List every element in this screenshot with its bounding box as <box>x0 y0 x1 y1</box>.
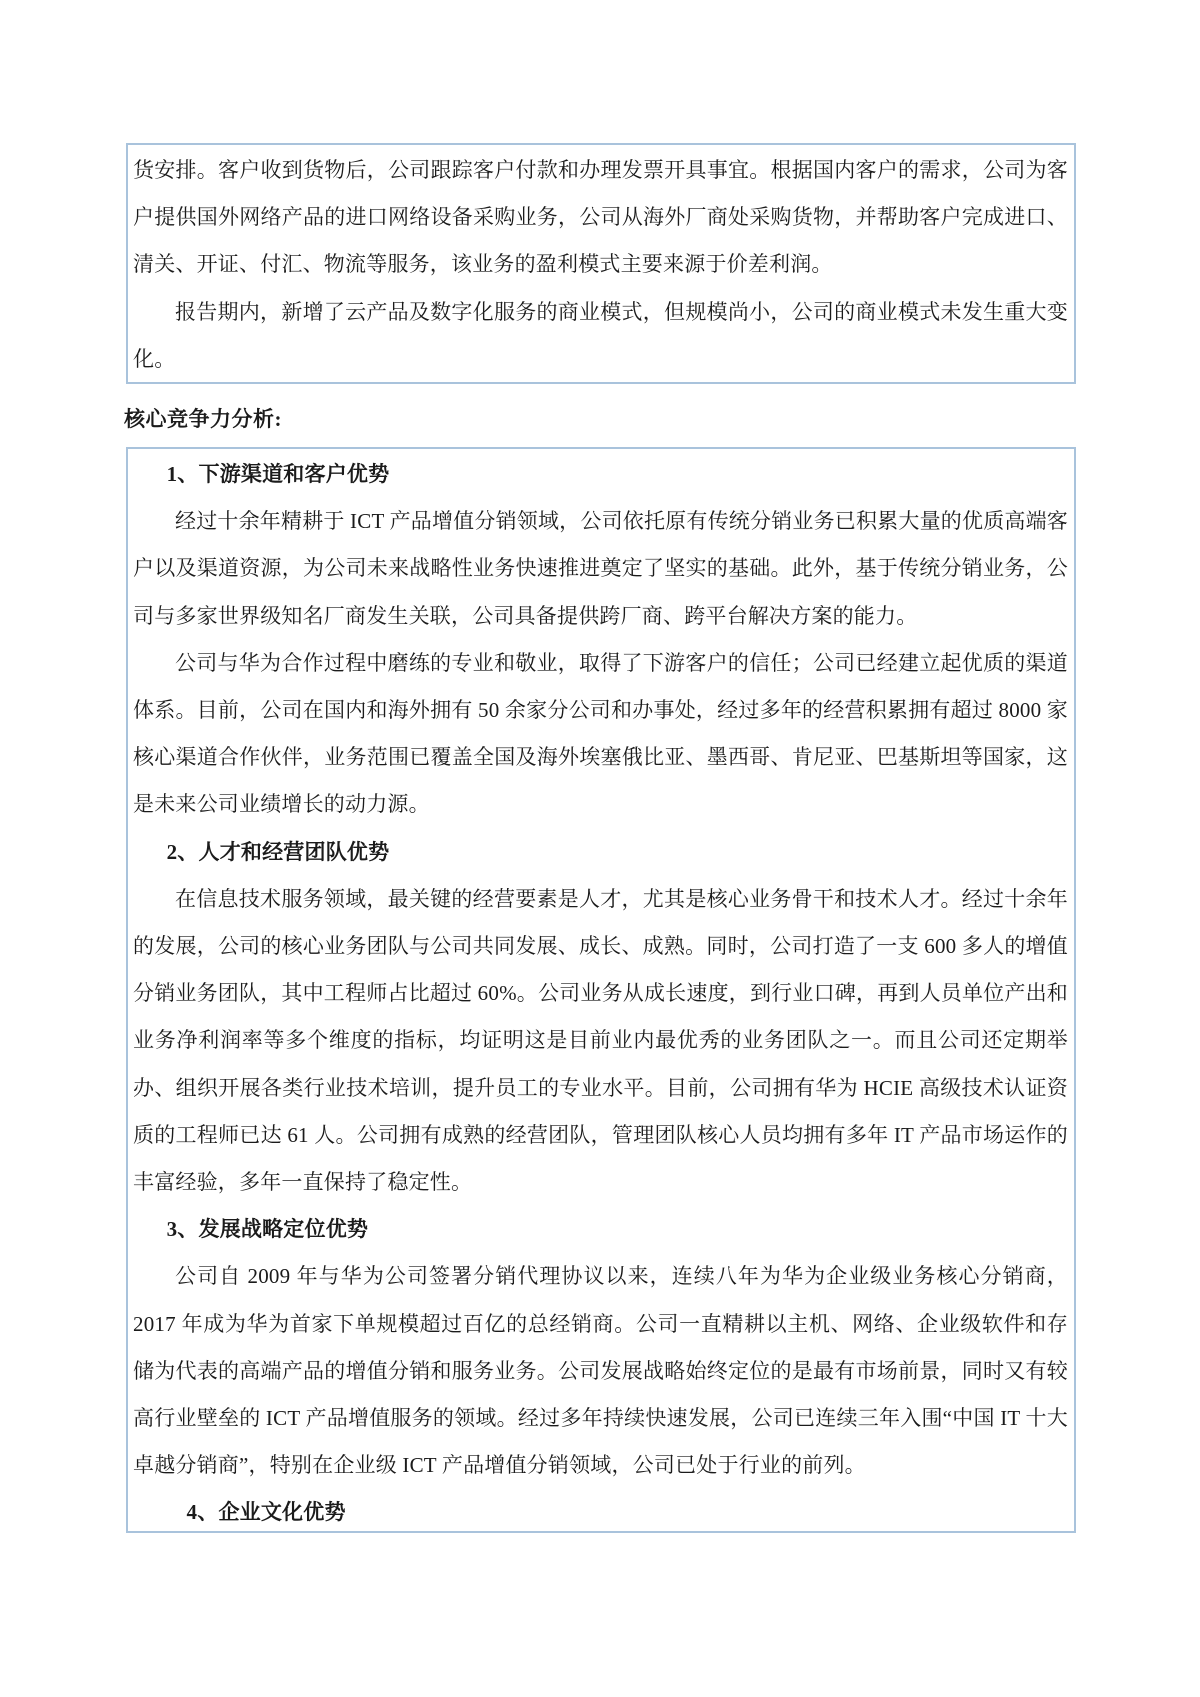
numbered-subheading: 1、下游渠道和客户优势 <box>133 451 1068 498</box>
numbered-subheading: 3、发展战略定位优势 <box>133 1206 1068 1253</box>
paragraph: 经过十余年精耕于 ICT 产品增值分销领域，公司依托原有传统分销业务已积累大量的… <box>133 498 1068 640</box>
paragraph: 在信息技术服务领域，最关键的经营要素是人才，尤其是核心业务骨干和技术人才。经过十… <box>133 876 1068 1206</box>
paragraph: 报告期内，新增了云产品及数字化服务的商业模式，但规模尚小，公司的商业模式未发生重… <box>133 289 1068 383</box>
paragraph: 公司与华为合作过程中磨练的专业和敬业，取得了下游客户的信任；公司已经建立起优质的… <box>133 640 1068 829</box>
paragraph: 货安排。客户收到货物后，公司跟踪客户付款和办理发票开具事宜。根据国内客户的需求，… <box>133 147 1068 289</box>
business-model-textbox: 货安排。客户收到货物后，公司跟踪客户付款和办理发票开具事宜。根据国内客户的需求，… <box>126 143 1076 384</box>
paragraph: 公司自 2009 年与华为公司签署分销代理协议以来，连续八年为华为企业级业务核心… <box>133 1253 1068 1489</box>
numbered-subheading: 4、企业文化优势 <box>133 1489 1068 1533</box>
core-competitiveness-heading: 核心竞争力分析: <box>124 404 282 434</box>
core-competitiveness-textbox: 1、下游渠道和客户优势经过十余年精耕于 ICT 产品增值分销领域，公司依托原有传… <box>126 447 1076 1533</box>
numbered-subheading: 2、人才和经营团队优势 <box>133 829 1068 876</box>
document-page: 货安排。客户收到货物后，公司跟踪客户付款和办理发票开具事宜。根据国内客户的需求，… <box>0 0 1200 1697</box>
